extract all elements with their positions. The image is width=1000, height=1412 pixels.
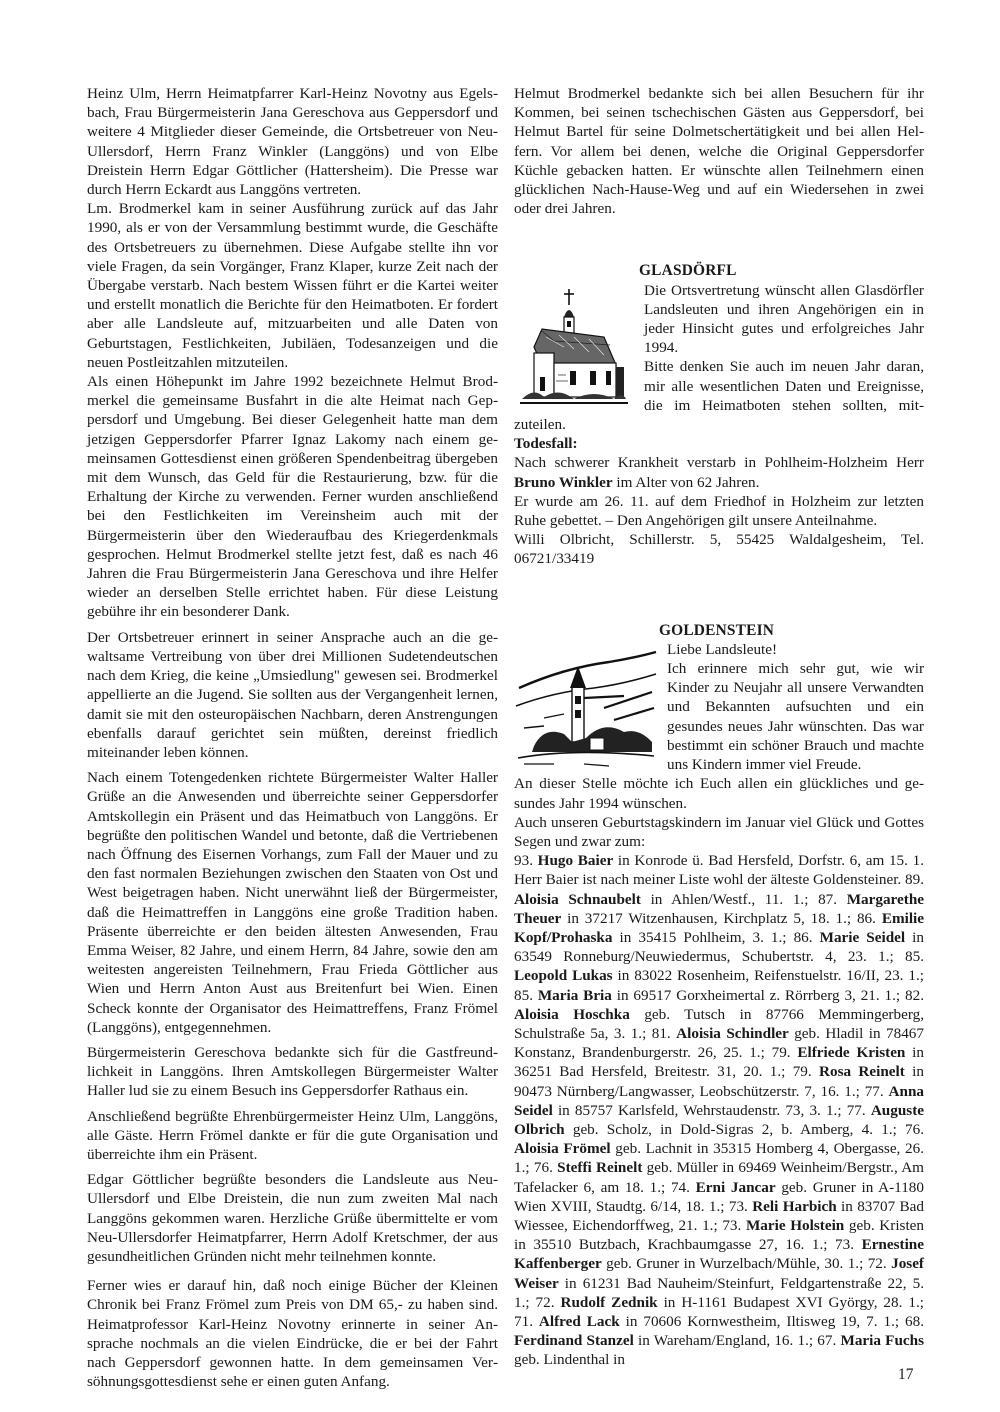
birthday-details: in Ahlen/Westf., 11. 1.; 87. xyxy=(641,891,847,908)
birthday-name: Reli Harbich xyxy=(752,1198,837,1215)
section-goldenstein: GOLDENSTEIN Liebe Landsleute! Ich erinne… xyxy=(514,621,924,1370)
birthday-age: 93. xyxy=(514,852,538,869)
goldenstein-wishes: An dieser Stelle möchte ich Euch allen e… xyxy=(514,774,924,812)
birthday-list: 93. Hugo Baier in Konrode ü. Bad Hersfel… xyxy=(514,851,924,1369)
birthday-details: in 35415 Pohlheim, 3. 1.; 86. xyxy=(612,929,819,946)
deceased-name: Bruno Winkler xyxy=(514,474,613,491)
birthday-name: Hugo Baier xyxy=(538,852,614,869)
birthday-name: Rudolf Zednik xyxy=(561,1294,658,1311)
paragraph-mayor-haller: Nach einem Totengedenken richtete Bürger… xyxy=(87,768,498,1037)
death-notice-heading: Todesfall: xyxy=(514,434,924,453)
goldenstein-birthday-intro: Auch unseren Geburtstagskindern im Janua… xyxy=(514,813,924,851)
paragraph-highlight-1992: Als einen Höhepunkt im Jahre 1992 bezeic… xyxy=(87,372,498,622)
birthday-name: Steffi Reinelt xyxy=(557,1159,642,1176)
birthday-name: Alfred Lack xyxy=(539,1313,620,1330)
birthday-details: in 70606 Kornwestheim, Iltisweg 19, 7. 1… xyxy=(620,1313,924,1330)
birthday-details: geb. Scholz, in Dold-Sigras 2, b. Amberg… xyxy=(565,1121,924,1138)
birthday-details: in 85757 Karlsfeld, Wehrstaudenstr. 73, … xyxy=(553,1102,871,1119)
paragraph-thanks: Helmut Brodmerkel bedankte sich bei alle… xyxy=(514,84,924,218)
birthday-details: geb. Gruner in Wurzelbach/Mühle, 30. 1.;… xyxy=(602,1255,891,1272)
birthday-name: Maria Bria xyxy=(538,987,612,1004)
birthday-name: Marie Seidel xyxy=(820,929,906,946)
birthday-name: Marie Holstein xyxy=(746,1217,844,1234)
paragraph-goettlicher: Edgar Göttlicher begrüßte besonders die … xyxy=(87,1170,498,1266)
birthday-details: in 37217 Witzenhausen, Kirchplatz 5, 18.… xyxy=(561,910,882,927)
birthday-details: in 69517 Gorxheimertal z. Rörrberg 3, 21… xyxy=(612,987,924,1004)
paragraph-expulsion: Der Ortsbetreuer erinnert in seiner Ansp… xyxy=(87,628,498,762)
birthday-name: Aloisia Hoschka xyxy=(514,1006,630,1023)
burial-notice: Er wurde am 26. 11. auf dem Friedhof in … xyxy=(514,492,924,530)
left-column: Heinz Ulm, Herrn Heimatpfarrer Karl-Hein… xyxy=(87,84,498,1391)
birthday-name: Leopold Lukas xyxy=(514,967,613,984)
birthday-details: geb. Lindenthal in xyxy=(514,1351,625,1368)
church-illustration-icon xyxy=(514,287,634,407)
paragraph-honorary-mayor: Anschließend begrüßte Ehrenbürgermeister… xyxy=(87,1107,498,1165)
paragraph-guests: Heinz Ulm, Herrn Heimatpfarrer Karl-Hein… xyxy=(87,84,498,199)
death-notice: Nach schwerer Krankheit verstarb in Pohl… xyxy=(514,453,924,491)
village-church-landscape-icon xyxy=(514,648,659,768)
paragraph-brodmerkel-report: Lm. Brodmerkel kam in seiner Ausführung … xyxy=(87,199,498,372)
right-column: Helmut Brodmerkel bedankte sich bei alle… xyxy=(514,84,924,1370)
birthday-name: Maria Fuchs xyxy=(841,1332,925,1349)
birthday-name: Rosa Reinelt xyxy=(819,1063,905,1080)
birthday-details: in Wa­reham/England, 16. 1.; 67. xyxy=(634,1332,841,1349)
birthday-name: Aloisia Schnaubelt xyxy=(514,891,641,908)
contact-address: Willi Olbricht, Schillerstr. 5, 55425 Wa… xyxy=(514,530,924,568)
birthday-name: Elfriede Kristen xyxy=(797,1044,905,1061)
birthday-name: Erni Jancar xyxy=(696,1179,776,1196)
section-heading-goldenstein: GOLDENSTEIN xyxy=(659,621,924,640)
birthday-name: Aloisia Schindler xyxy=(676,1025,789,1042)
section-heading-glasdoerfl: GLASDÖRFL xyxy=(639,261,924,280)
section-glasdoerfl: GLASDÖRFL xyxy=(514,261,924,568)
page-number: 17 xyxy=(898,1366,913,1384)
birthday-name: Ferdinand Stanzel xyxy=(514,1332,634,1349)
paragraph-mayor-gereschova: Bürgermeisterin Gereschova bedankte sich… xyxy=(87,1043,498,1101)
birthday-name: Aloisia Frömel xyxy=(514,1140,611,1157)
paragraph-chronicle: Ferner wies er darauf hin, daß noch eini… xyxy=(87,1276,498,1391)
